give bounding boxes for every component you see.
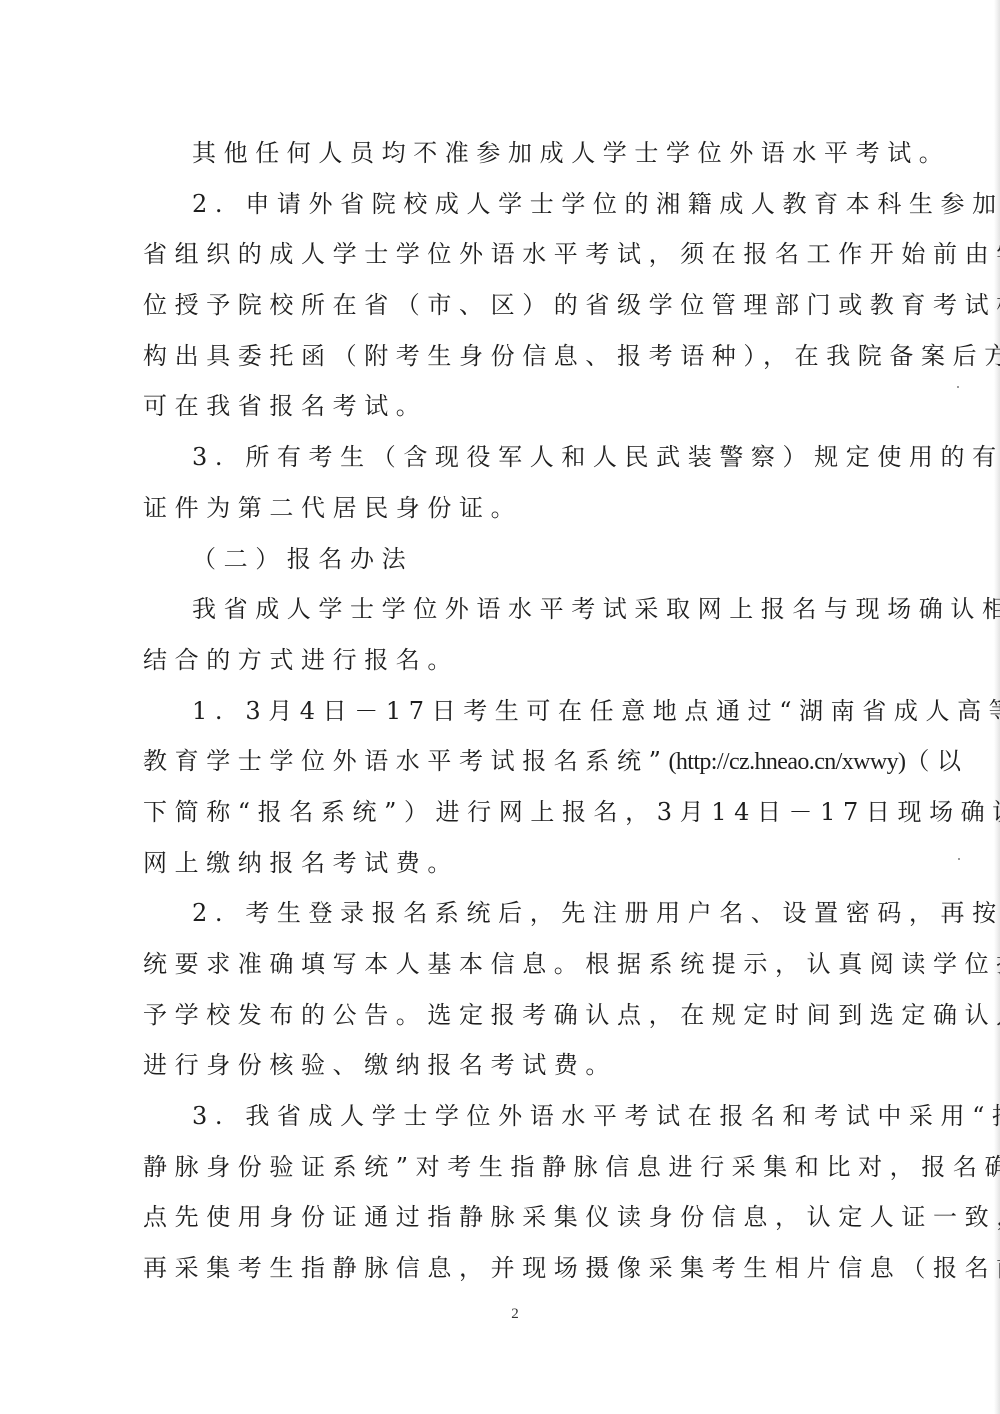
paragraph-line: 予学校发布的公告。选定报考确认点，在规定时间到选定确认点 (143, 990, 859, 1041)
paragraph-line: 进行身份核验、缴纳报名考试费。 (143, 1040, 859, 1091)
paragraph-line: 2. 申请外省院校成人学士学位的湘籍成人教育本科生参加我 (143, 179, 859, 230)
line-text: （以 (905, 747, 968, 775)
paragraph-line: 省组织的成人学士学位外语水平考试，须在报名工作开始前由学 (143, 229, 859, 280)
paragraph-line: 结合的方式进行报名。 (143, 635, 859, 686)
document-body: 其他任何人员均不准参加成人学士学位外语水平考试。 2. 申请外省院校成人学士学位… (143, 128, 859, 1294)
paragraph-line: 点先使用身份证通过指静脉采集仪读身份信息，认定人证一致， (143, 1192, 859, 1243)
registration-url-link[interactable]: (http://cz.hneao.cn/xwwy) (668, 749, 905, 775)
paragraph-line: 可在我省报名考试。 (143, 381, 859, 432)
paragraph-line: 我省成人学士学位外语水平考试采取网上报名与现场确认相 (143, 584, 859, 635)
paragraph-line: 3. 所有考生（含现役军人和人民武装警察）规定使用的有效 (143, 432, 859, 483)
paragraph-line: 构出具委托函（附考生身份信息、报考语种），在我院备案后方 (143, 331, 859, 382)
scan-speck (957, 386, 959, 388)
paragraph-line: 其他任何人员均不准参加成人学士学位外语水平考试。 (143, 128, 859, 179)
paragraph-line: 位授予院校所在省（市、区）的省级学位管理部门或教育考试机 (143, 280, 859, 331)
paragraph-line: 2. 考生登录报名系统后，先注册用户名、设置密码，再按系 (143, 888, 859, 939)
paragraph-line: 网上缴纳报名考试费。 (143, 838, 859, 889)
paragraph-line: 静脉身份验证系统”对考生指静脉信息进行采集和比对，报名确认 (143, 1142, 859, 1193)
paragraph-line-with-url: 教育学士学位外语水平考试报名系统”(http://cz.hneao.cn/xww… (143, 736, 859, 787)
page-number: 2 (0, 1306, 1000, 1323)
paragraph-line: 3. 我省成人学士学位外语水平考试在报名和考试中采用“指 (143, 1091, 859, 1142)
paragraph-line: 1. 3月4日－17日考生可在任意地点通过“湖南省成人高等 (143, 686, 859, 737)
paragraph-line: 再采集考生指静脉信息，并现场摄像采集考生相片信息（报名前 (143, 1243, 859, 1294)
section-heading: （二）报名办法 (143, 534, 859, 585)
paragraph-line: 证件为第二代居民身份证。 (143, 483, 859, 534)
paragraph-line: 统要求准确填写本人基本信息。根据系统提示，认真阅读学位授 (143, 939, 859, 990)
paragraph-line: 下简称“报名系统”）进行网上报名，3月14日－17日现场确认、 (143, 787, 859, 838)
line-text: 教育学士学位外语水平考试报名系统” (143, 747, 668, 775)
scan-speck (958, 858, 960, 860)
document-page: 其他任何人员均不准参加成人学士学位外语水平考试。 2. 申请外省院校成人学士学位… (0, 0, 1000, 1414)
